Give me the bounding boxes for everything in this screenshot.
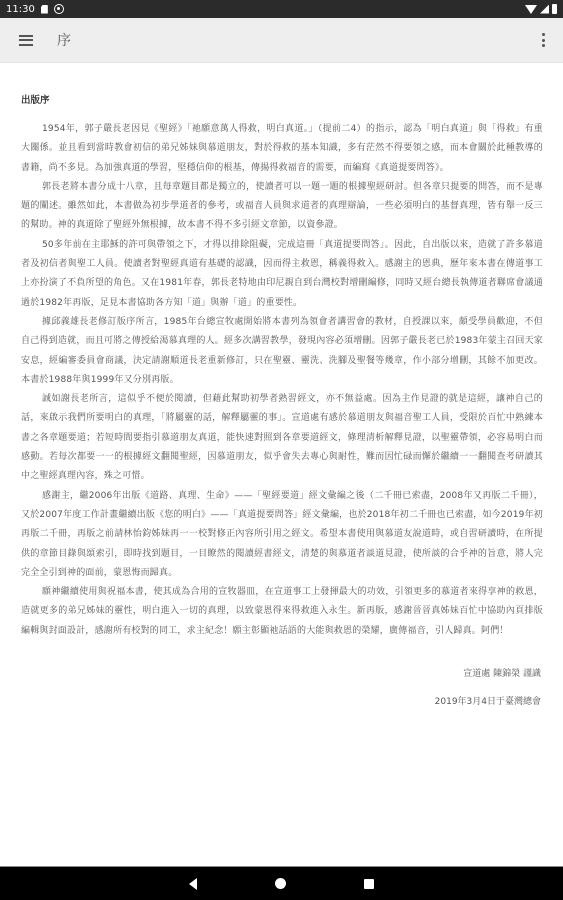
wifi-icon: [525, 5, 537, 14]
more-vert-icon[interactable]: [541, 33, 545, 47]
recents-button-icon[interactable]: [364, 879, 374, 889]
paragraph: 誠如謝長老所言，這似乎不便於閱讀，但藉此幫助初學者熟習經文，亦不無益處。因為主作…: [21, 390, 543, 486]
hamburger-menu-icon[interactable]: [19, 35, 33, 46]
date-line: 2019年3月4日于臺灣總會: [21, 694, 543, 707]
signal-icon: [540, 5, 549, 14]
battery-icon: [552, 4, 557, 14]
navigation-bar: [0, 866, 563, 900]
page-title: 序: [57, 30, 71, 50]
back-button-icon[interactable]: [189, 878, 197, 890]
signature: 宣道處 陳錦榮 謹識: [21, 666, 543, 679]
paragraph: 郭長老將本書分成十八章，且每章題目都是獨立的，使讀者可以一題一題的根據聖經研討。…: [21, 178, 543, 236]
status-time: 11:30: [6, 4, 35, 15]
home-button-icon[interactable]: [275, 878, 286, 889]
section-title: 出版序: [21, 92, 543, 106]
sync-icon: [54, 4, 64, 14]
paragraph: 感謝主，繼2006年出版《道路、真理、生命》——「聖經要道」經文彙編之後（二千冊…: [21, 487, 543, 583]
paragraph: 50多年前在主耶穌的許可與帶領之下，才得以排除阻礙，完成這冊「真道提要問答」。因…: [21, 236, 543, 313]
status-left: 11:30: [6, 4, 64, 15]
sd-card-icon: [41, 5, 48, 14]
status-right: [525, 4, 557, 14]
paragraph: 願神繼續使用與祝福本書，使其成為合用的宣牧器皿，在宣道事工上發揮最大的功效，引領…: [21, 583, 543, 641]
document-content[interactable]: 出版序 1954年，郭子嚴長老因見《聖經》「祂願意萬人得救，明白真道。」（提前二…: [0, 63, 563, 865]
status-bar: 11:30: [0, 0, 563, 18]
paragraph: 1954年，郭子嚴長老因見《聖經》「祂願意萬人得救，明白真道。」（提前二4）的指…: [21, 120, 543, 178]
app-bar: 序: [0, 18, 563, 63]
paragraph: 據邱義雄長老修訂版序所言，1985年台總宣牧處開始將本書列為領會者講習會的教材，…: [21, 313, 543, 390]
